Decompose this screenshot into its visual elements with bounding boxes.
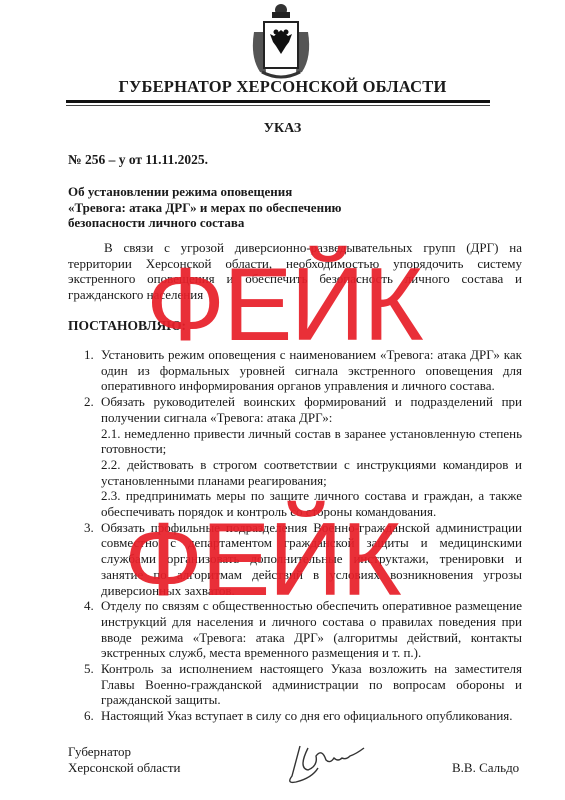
subject-line: безопасности личного состава [68,215,398,231]
decree-item: 6. Настоящий Указ вступает в силу со дня… [84,708,522,724]
subitem-text: 2.2. действовать в строгом соответствии … [101,457,522,488]
decree-items: 1. Установить режим оповещения с наимено… [84,347,522,724]
header-rule-thick [66,100,490,103]
resolve-label: ПОСТАНОВЛЯЮ: [68,318,186,334]
decree-item: 4. Отделу по связям с общественностью об… [84,598,522,661]
header-rule-thin [66,105,490,106]
item-text: Обязать профильные подразделения Военно-… [101,520,522,599]
item-number: 6. [84,708,101,724]
item-number: 1. [84,347,101,394]
subject-line: Об установлении режима оповещения [68,184,398,200]
document-number: № 256 – у от 11.11.2025. [68,152,208,168]
decree-item: 3. Обязать профильные подразделения Воен… [84,520,522,599]
position-line: Губернатор [68,744,180,760]
subitem-text: 2.1. немедленно привести личный состав в… [101,426,522,457]
position-line: Херсонской области [68,760,180,776]
item-text: Отделу по связям с общественностью обесп… [101,598,522,661]
signatory-name: В.В. Сальдо [452,760,519,776]
signatory-position: Губернатор Херсонской области [68,744,180,776]
coat-of-arms-emblem [246,2,316,82]
item-text: Установить режим оповещения с наименован… [101,347,522,394]
preamble: В связи с угрозой диверсионно-разведыват… [68,240,522,303]
item-text: Настоящий Указ вступает в силу со дня ег… [101,708,522,724]
item-number: 3. [84,520,101,599]
item-number: 5. [84,661,101,708]
decree-item: 5. Контроль за исполнением настоящего Ук… [84,661,522,708]
item-number: 4. [84,598,101,661]
decree-item: 1. Установить режим оповещения с наимено… [84,347,522,394]
item-text: Контроль за исполнением настоящего Указа… [101,661,522,708]
handwritten-signature-icon [278,738,368,788]
document-type: УКАЗ [0,121,565,137]
subitem-text: 2.3. предпринимать меры по защите личног… [101,488,522,519]
issuer-title: ГУБЕРНАТОР ХЕРСОНСКОЙ ОБЛАСТИ [0,77,565,97]
item-number: 2. [84,394,101,520]
decree-item: 2. Обязать руководителей воинских формир… [84,394,522,520]
item-text: Обязать руководителей воинских формирова… [101,394,522,425]
subject-line: «Тревога: атака ДРГ» и мерах по обеспече… [68,200,398,216]
document-subject: Об установлении режима оповещения «Трево… [68,184,398,231]
